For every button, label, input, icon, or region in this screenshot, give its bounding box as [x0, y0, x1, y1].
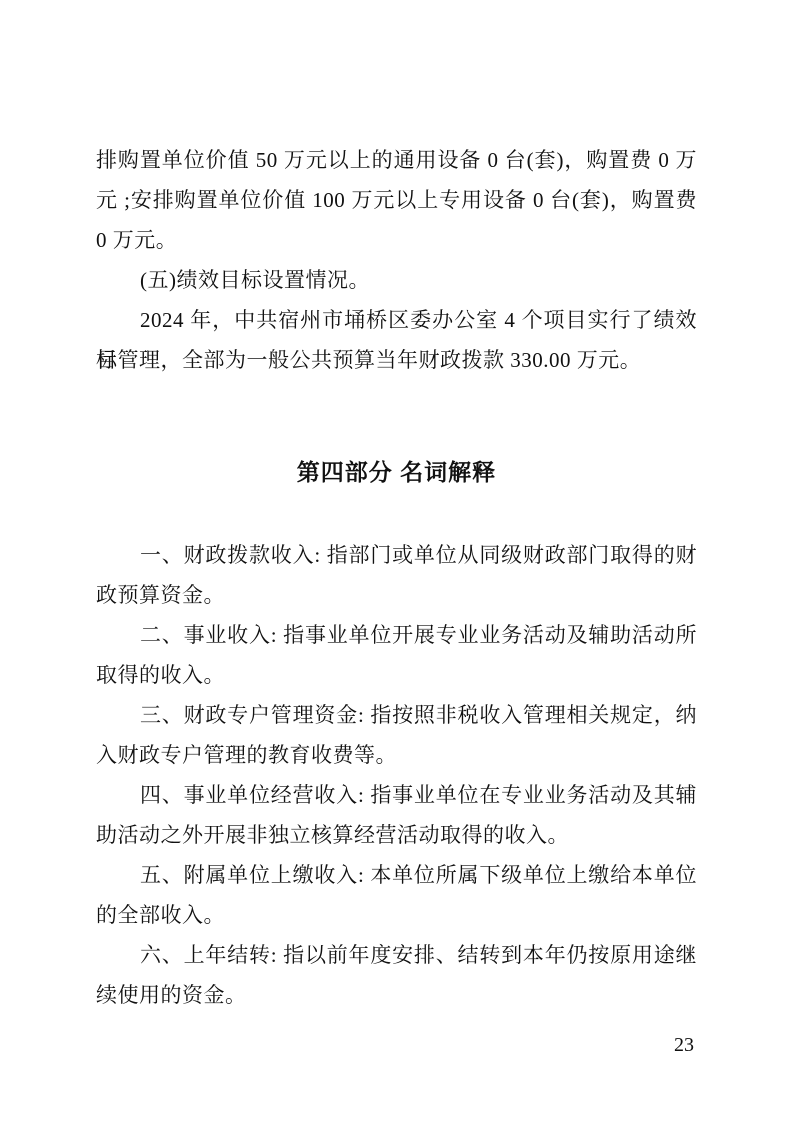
page-number: 23: [674, 1032, 694, 1058]
text-line: 取得的收入。: [96, 655, 697, 695]
section-heading: 第四部分 名词解释: [96, 452, 697, 492]
text-line: 三、财政专户管理资金: 指按照非税收入管理相关规定，纳: [96, 695, 697, 735]
text-line: 入财政专户管理的教育收费等。: [96, 735, 697, 775]
text-line: 一、财政拨款收入: 指部门或单位从同级财政部门取得的财: [96, 535, 697, 575]
text-line: 2024 年，中共宿州市埇桥区委办公室 4 个项目实行了绩效目: [96, 300, 697, 340]
text-line: 政预算资金。: [96, 575, 697, 615]
text-line: 四、事业单位经营收入: 指事业单位在专业业务活动及其辅: [96, 775, 697, 815]
text-line: 二、事业收入: 指事业单位开展专业业务活动及辅助活动所: [96, 615, 697, 655]
text-line: 0 万元。: [96, 220, 697, 260]
text-line: 标管理，全部为一般公共预算当年财政拨款 330.00 万元。: [96, 340, 697, 380]
text-line: (五)绩效目标设置情况。: [96, 260, 697, 300]
document-page: 排购置单位价值 50 万元以上的通用设备 0 台(套)，购置费 0 万元 ;安排…: [0, 0, 793, 1122]
text-line: 助活动之外开展非独立核算经营活动取得的收入。: [96, 815, 697, 855]
text-line: 续使用的资金。: [96, 975, 697, 1015]
text-line: 的全部收入。: [96, 895, 697, 935]
document-body: 排购置单位价值 50 万元以上的通用设备 0 台(套)，购置费 0 万元 ;安排…: [96, 140, 697, 1015]
text-line: 排购置单位价值 50 万元以上的通用设备 0 台(套)，购置费 0 万: [96, 140, 697, 180]
text-line: 五、附属单位上缴收入: 本单位所属下级单位上缴给本单位: [96, 855, 697, 895]
text-line: 元 ;安排购置单位价值 100 万元以上专用设备 0 台(套)，购置费: [96, 180, 697, 220]
text-line: 六、上年结转: 指以前年度安排、结转到本年仍按原用途继: [96, 935, 697, 975]
